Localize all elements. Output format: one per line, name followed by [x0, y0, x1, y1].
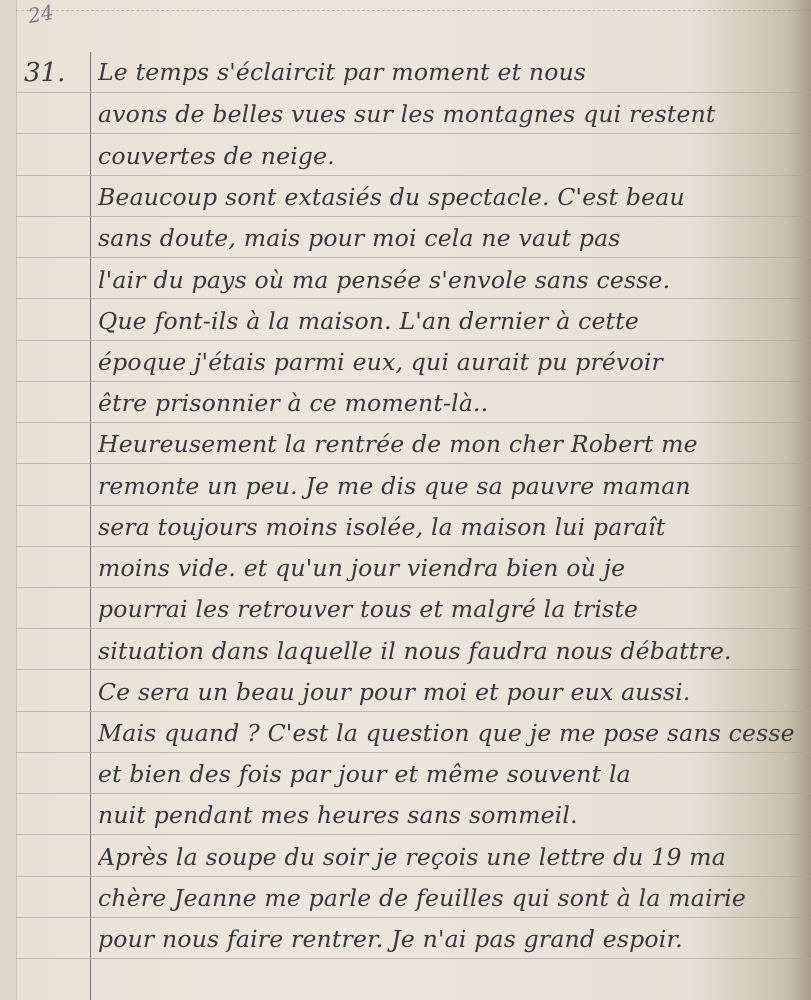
page-number: 24	[26, 0, 55, 28]
handwritten-line: Mais quand ? C'est la question que je me…	[98, 719, 807, 747]
ruled-line	[16, 958, 811, 959]
handwritten-line: et bien des fois par jour et même souven…	[98, 760, 807, 788]
handwritten-line: Heureusement la rentrée de mon cher Robe…	[98, 430, 807, 458]
ruled-line	[16, 133, 811, 134]
handwritten-line: sans doute, mais pour moi cela ne vaut p…	[98, 224, 807, 252]
ruled-line	[16, 257, 811, 258]
handwritten-line: sera toujours moins isolée, la maison lu…	[98, 513, 807, 541]
handwritten-line: moins vide. et qu'un jour viendra bien o…	[98, 554, 807, 582]
handwritten-line: pour nous faire rentrer. Je n'ai pas gra…	[98, 925, 807, 953]
ruled-line	[16, 422, 811, 423]
ruled-line	[16, 381, 811, 382]
ruled-line	[16, 876, 811, 877]
handwritten-line: être prisonnier à ce moment-là..	[98, 389, 807, 417]
ruled-line	[16, 216, 811, 217]
handwritten-line: remonte un peu. Je me dis que sa pauvre …	[98, 472, 807, 500]
ruled-line	[16, 505, 811, 506]
ruled-line	[16, 546, 811, 547]
ruled-line	[16, 917, 811, 918]
ruled-line	[16, 711, 811, 712]
handwritten-line: Après la soupe du soir je reçois une let…	[98, 843, 807, 871]
handwritten-line: Le temps s'éclaircit par moment et nous	[98, 58, 807, 86]
ruled-line	[16, 298, 811, 299]
margin-line	[90, 52, 91, 1000]
ruled-line	[16, 669, 811, 670]
page-top-edge	[16, 10, 811, 11]
ruled-line	[16, 175, 811, 176]
handwritten-line: couvertes de neige.	[98, 142, 807, 170]
handwritten-line: Ce sera un beau jour pour moi et pour eu…	[98, 678, 807, 706]
ruled-line	[16, 92, 811, 93]
ruled-line	[16, 587, 811, 588]
ruled-line	[16, 463, 811, 464]
ruled-line	[16, 793, 811, 794]
handwritten-line: nuit pendant mes heures sans sommeil.	[98, 801, 807, 829]
handwritten-line: avons de belles vues sur les montagnes q…	[98, 100, 807, 128]
handwritten-line: Que font-ils à la maison. L'an dernier à…	[98, 307, 807, 335]
handwritten-line: chère Jeanne me parle de feuilles qui so…	[98, 884, 807, 912]
ruled-line	[16, 628, 811, 629]
handwritten-line: Beaucoup sont extasiés du spectacle. C'e…	[98, 183, 807, 211]
entry-day-number: 31.	[24, 58, 65, 88]
handwritten-line: situation dans laquelle il nous faudra n…	[98, 637, 807, 665]
ruled-line	[16, 340, 811, 341]
handwritten-line: pourrai les retrouver tous et malgré la …	[98, 595, 807, 623]
handwritten-line: l'air du pays où ma pensée s'envole sans…	[98, 266, 807, 294]
handwritten-line: époque j'étais parmi eux, qui aurait pu …	[98, 348, 807, 376]
ruled-line	[16, 834, 811, 835]
ruled-line	[16, 752, 811, 753]
